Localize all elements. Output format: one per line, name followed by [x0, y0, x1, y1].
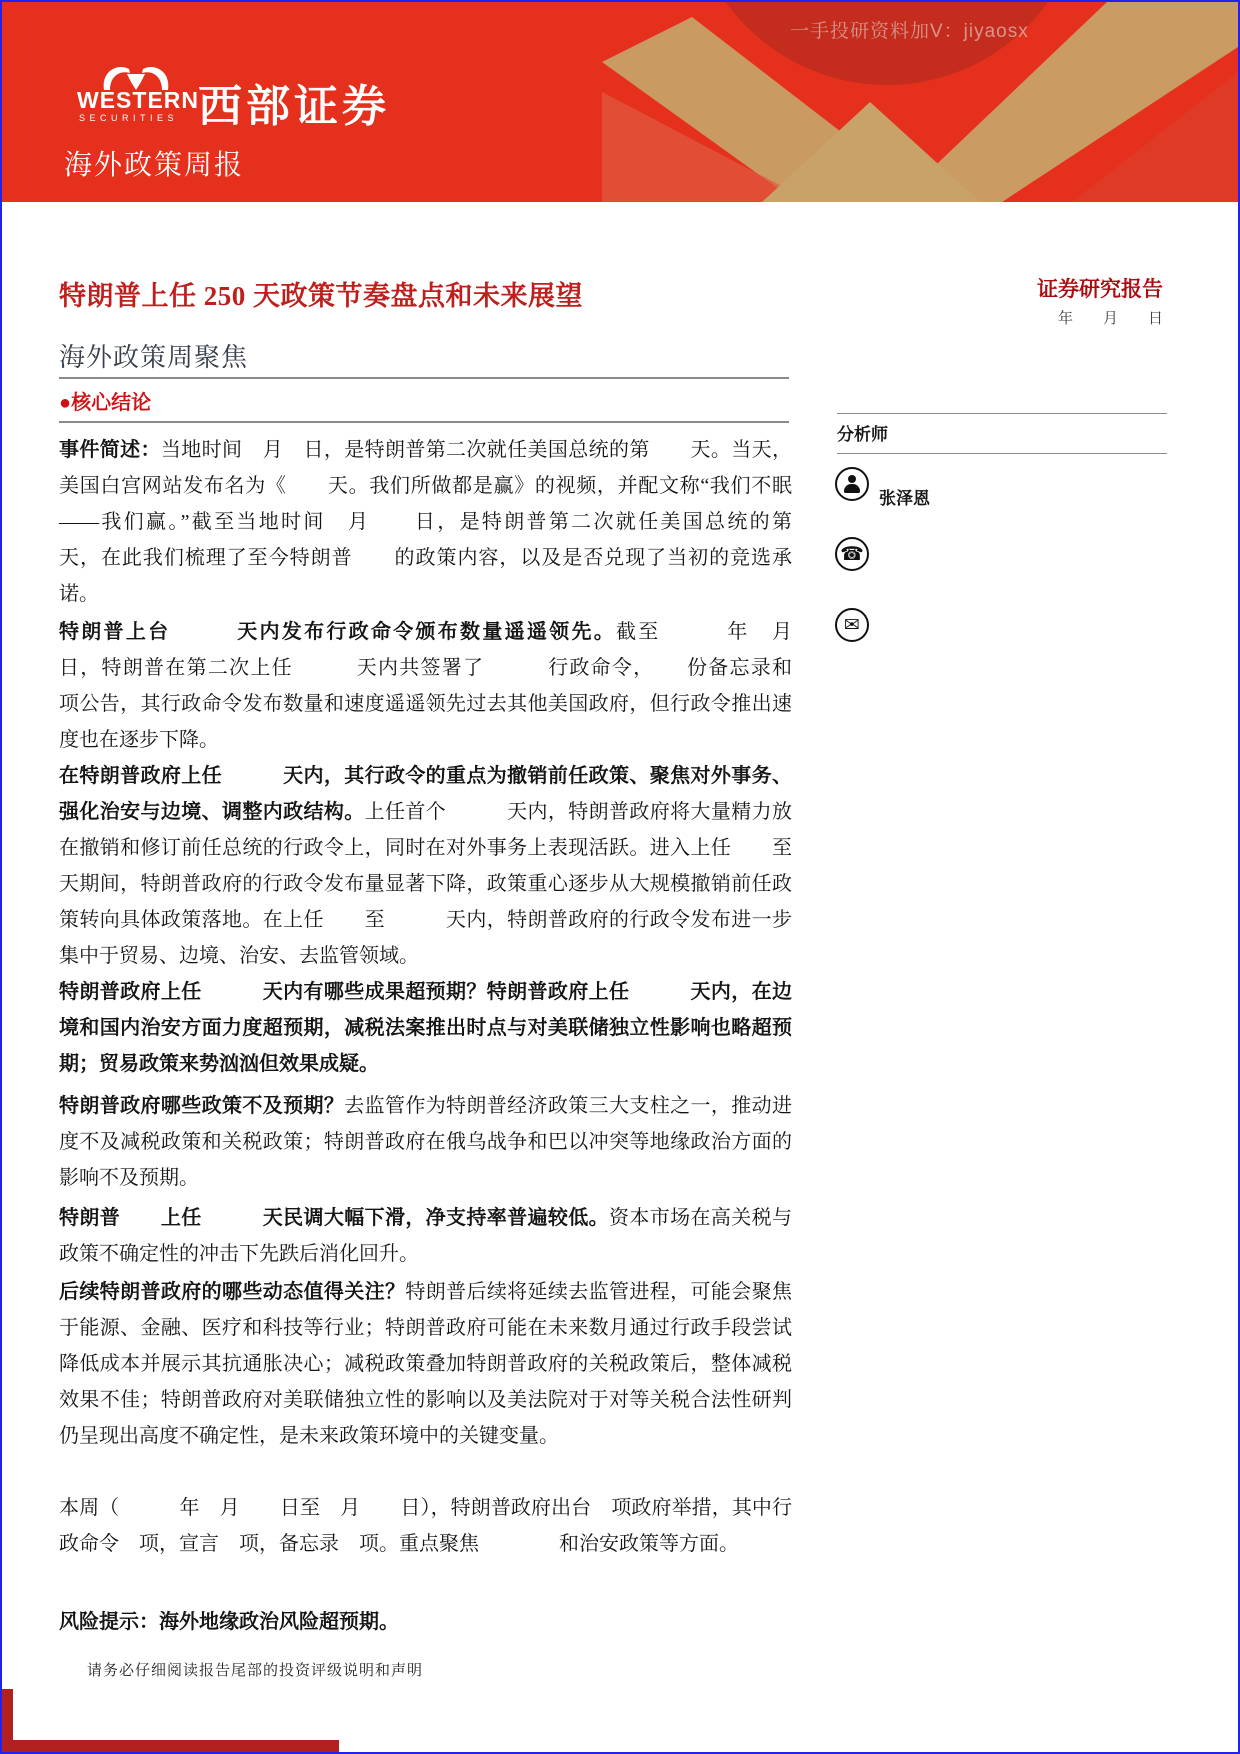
email-icon: ✉: [835, 608, 869, 642]
footer-disclaimer: 请务必仔细阅读报告尾部的投资评级说明和声明: [87, 1659, 423, 1680]
report-series-title: 海外政策周报: [64, 143, 244, 183]
paragraph-this-week: 本周（ 年 月 日至 月 日），特朗普政府出台 项政府举措，其中行政命令 项，宣…: [59, 1490, 792, 1562]
corner-bar-horizontal: [2, 1740, 339, 1752]
paragraph-polls: 特朗普 上任 天民调大幅下滑，净支持率普遍较低。资本市场在高关税与政策不确定性的…: [59, 1200, 792, 1272]
paragraph-body: 特朗普后续将延续去监管进程，可能会聚焦于能源、金融、医疗和科技等行业；特朗普政府…: [59, 1281, 792, 1447]
paragraph-lead: 特朗普 上任 天民调大幅下滑，净支持率普遍较低。: [59, 1207, 609, 1229]
paragraph-lead: 特朗普政府上任 天内有哪些成果超预期？特朗普政府上任 天内，在边境和国内治安方面…: [59, 981, 792, 1075]
paragraph-body: 上任首个 天内，特朗普政府将大量精力放在撤销和修订前任总统的行政令上，同时在对外…: [59, 801, 852, 967]
header-banner: 一手投研资料加V：jiyaosx WESTERN SECURITIES 西部证券…: [2, 2, 1238, 202]
paragraph-lead: 特朗普政府哪些政策不及预期？: [59, 1095, 344, 1117]
paragraph-lead: 事件简述：: [59, 439, 161, 461]
paragraph-lead: 后续特朗普政府的哪些动态值得关注？: [59, 1281, 405, 1303]
person-icon: [835, 467, 869, 501]
page-title: 特朗普上任 250 天政策节奏盘点和未来展望: [59, 274, 583, 313]
report-page: 一手投研资料加V：jiyaosx WESTERN SECURITIES 西部证券…: [0, 0, 1240, 1754]
report-type-label: 证券研究报告: [1037, 273, 1163, 303]
section-rule-bottom: [59, 421, 789, 423]
brand-name-cn: 西部证券: [198, 70, 390, 134]
paragraph-above-expectations: 特朗普政府上任 天内有哪些成果超预期？特朗普政府上任 天内，在边境和国内治安方面…: [59, 974, 792, 1082]
paragraph-body: 当地时间 月 日，是特朗普第二次就任美国总统的第 天。当天，美国白宫网站发布名为…: [59, 439, 832, 605]
brand-name-en: WESTERN: [77, 87, 199, 114]
paragraph-lead: 特朗普上台 天内发布行政命令颁布数量遥遥领先。: [59, 621, 616, 643]
paragraph-outlook: 后续特朗普政府的哪些动态值得关注？特朗普后续将延续去监管进程，可能会聚焦于能源、…: [59, 1274, 792, 1454]
section-rule-top: [59, 377, 789, 379]
paragraph-below-expectations: 特朗普政府哪些政策不及预期？去监管作为特朗普经济政策三大支柱之一，推动进度不及减…: [59, 1088, 792, 1196]
paragraph-event-summary: 事件简述：当地时间 月 日，是特朗普第二次就任美国总统的第 天。当天，美国白宫网…: [59, 432, 792, 612]
analyst-name: 张泽恩: [879, 484, 930, 509]
section-heading: ●核心结论: [59, 386, 151, 415]
watermark-text: 一手投研资料加V：jiyaosx: [790, 16, 1029, 43]
brand-name-en-sub: SECURITIES: [79, 113, 178, 123]
analyst-heading: 分析师: [837, 420, 888, 445]
report-date: 年 月 日: [1058, 307, 1163, 328]
sidebar-divider-bottom: [837, 453, 1167, 454]
paragraph-executive-orders: 特朗普上台 天内发布行政命令颁布数量遥遥领先。截至 年 月 日，特朗普在第二次上…: [59, 614, 792, 758]
paragraph-lead: 风险提示：海外地缘政治风险超预期。: [59, 1611, 399, 1633]
phone-icon: ☎: [835, 537, 869, 571]
paragraph-risk-warning: 风险提示：海外地缘政治风险超预期。: [59, 1604, 792, 1640]
paragraph-body: 本周（ 年 月 日至 月 日），特朗普政府出台 项政府举措，其中行政命令 项，宣…: [59, 1497, 792, 1555]
page-subtitle: 海外政策周聚焦: [59, 337, 248, 374]
sidebar-divider-top: [837, 413, 1167, 414]
paragraph-policy-focus: 在特朗普政府上任 天内，其行政令的重点为撤销前任政策、聚焦对外事务、强化治安与边…: [59, 758, 792, 974]
